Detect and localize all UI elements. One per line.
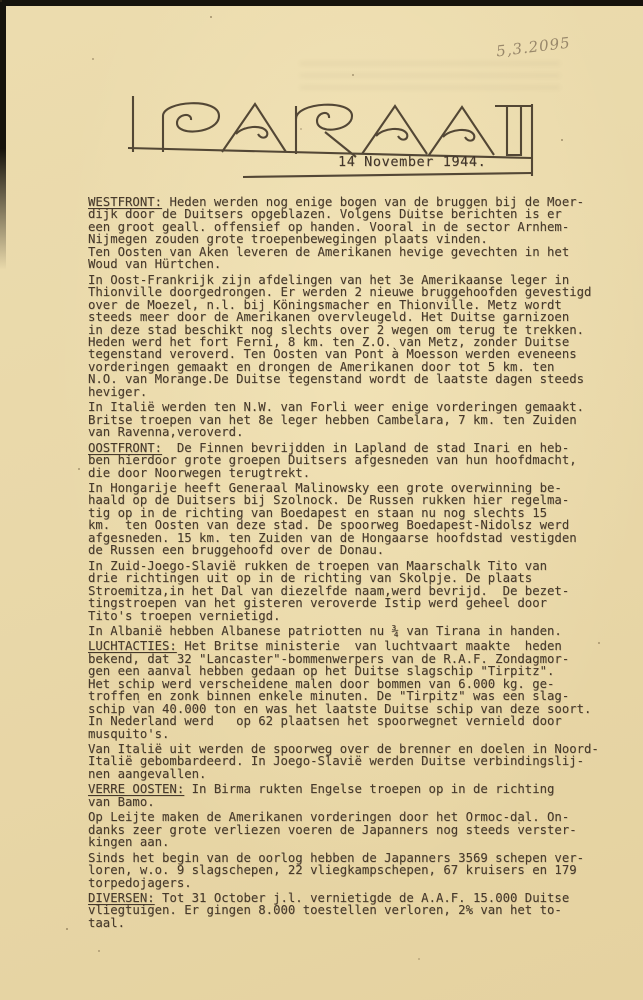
section-verre-oosten: VERRE OOSTEN: In Birma rukten Engelse tr… [88,783,628,808]
scan-edge-top [0,0,643,6]
paragraph: In Zuid-Joego-Slavië rukken de troepen v… [88,560,628,622]
scanned-newsletter-page: 5,3.2095 PARAAT [0,0,643,1000]
paragraph: In Hongarije heeft Generaal Malinowsky e… [88,482,628,557]
paragraph: In Italië werden ten N.W. van Forli weer… [88,401,628,438]
paper-speckles [0,0,2,2]
section-oostfront-text: De Finnen bevrijdden in Lapland de stad … [88,441,577,480]
section-diversen: DIVERSEN: Tot 31 October j.l. vernietigd… [88,892,628,929]
pencil-annotation: 5,3.2095 [495,34,571,61]
scan-edge-corner [573,0,643,5]
paragraph: Van Italië uit werden de spoorweg over d… [88,743,628,780]
paragraph: In Oost-Frankrijk zijn afdelingen van he… [88,274,628,399]
date-stamp: 14 November 1944. [338,154,486,170]
section-westfront: WESTFRONT: Heden werden nog enige bogen … [88,196,628,271]
paraat-logo-drawing [125,82,555,194]
section-westfront-text: Heden werden nog enige bogen van de brug… [88,195,584,271]
section-diversen-text: Tot 31 October j.l. vernietigde de A.A.F… [88,891,569,930]
paragraph: In Albanië hebben Albanese patriotten nu… [88,625,628,637]
paragraph: Sinds het begin van de oorlog hebben de … [88,852,628,889]
section-oostfront: OOSTFRONT: De Finnen bevrijdden in Lapla… [88,442,628,479]
scan-edge-left [0,0,6,270]
newsletter-body: WESTFRONT: Heden werden nog enige bogen … [88,196,628,932]
section-luchtacties: LUCHTACTIES: Het Britse ministerie van l… [88,640,628,740]
paragraph: Op Leijte maken de Amerikanen vorderinge… [88,811,628,848]
masthead: PARAAT [125,82,555,194]
section-luchtacties-text: Het Britse ministerie van luchtvaart maa… [88,639,591,740]
